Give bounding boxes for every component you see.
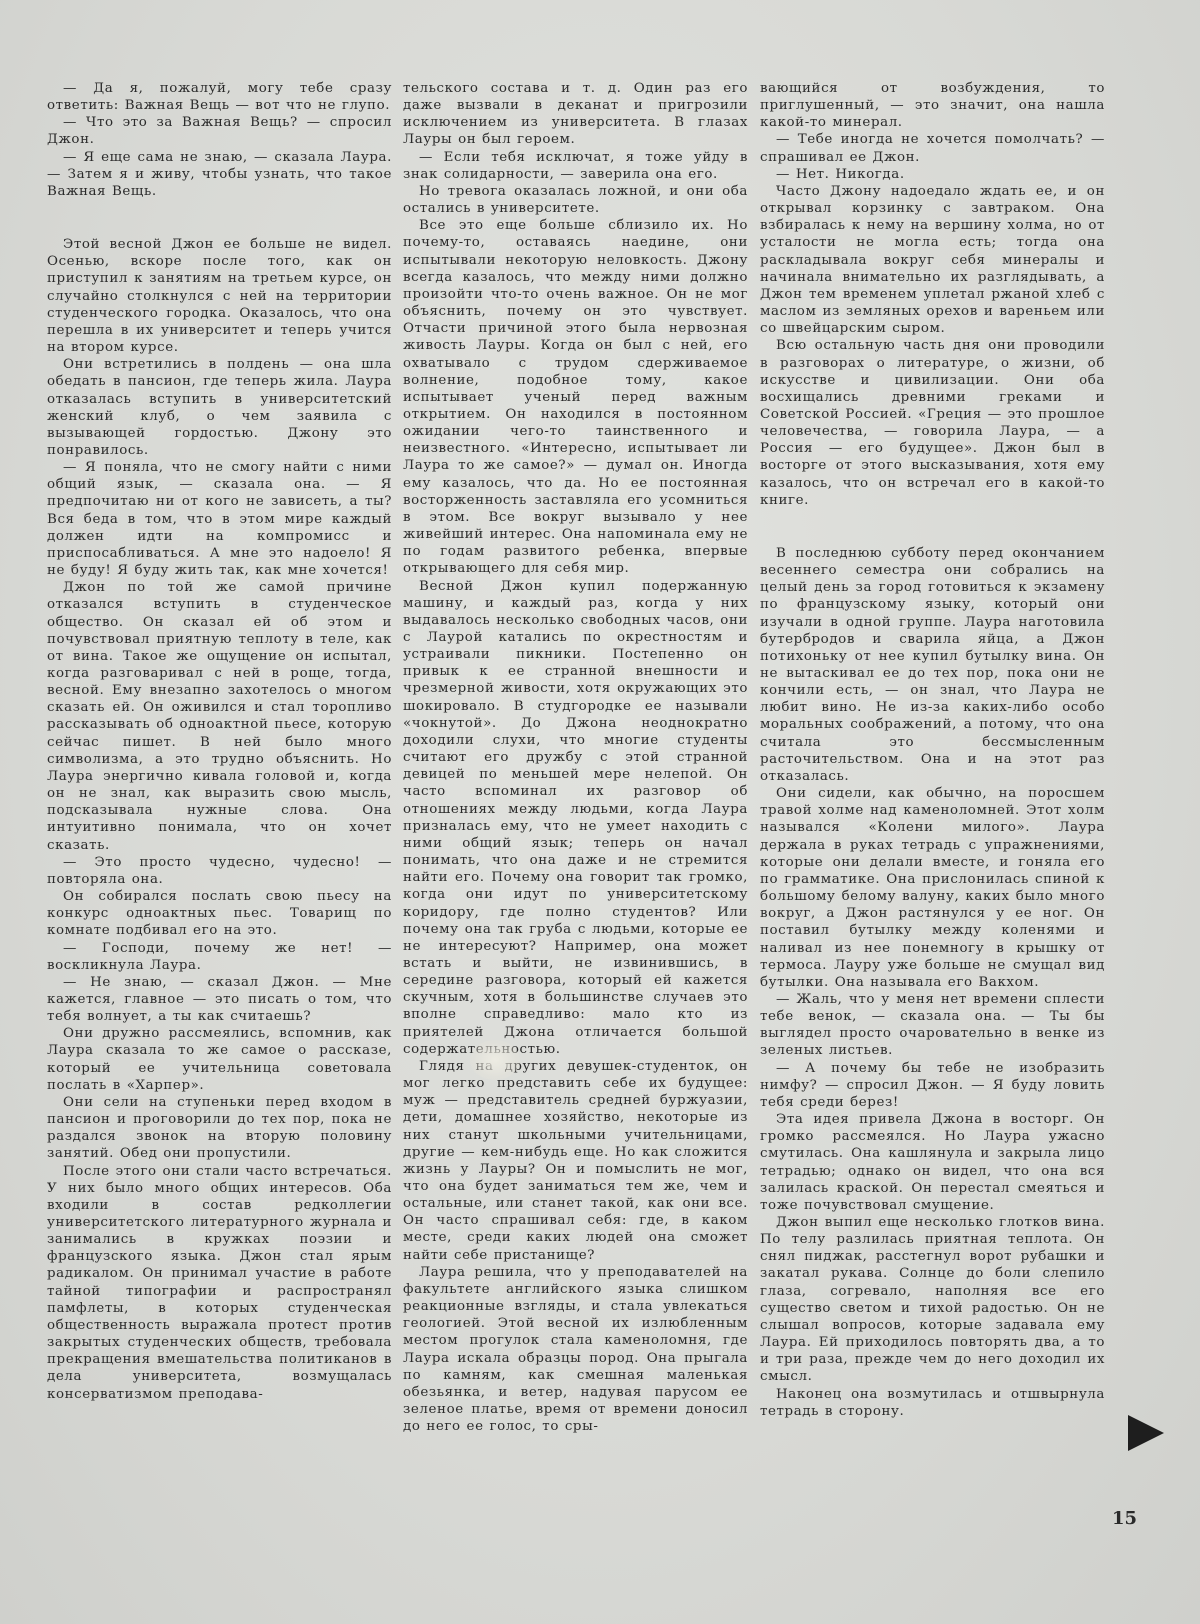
paragraph: — Жаль, что у меня нет времени сплести т… xyxy=(760,991,1105,1060)
paragraph: — Господи, почему же нет! — воскликнула … xyxy=(47,940,392,974)
paragraph: Джон по той же самой причине отказался в… xyxy=(47,579,392,854)
paragraph: — Я поняла, что не смогу найти с ними об… xyxy=(47,459,392,579)
paragraph: вающийся от возбуждения, то приглушенный… xyxy=(760,80,1105,131)
paragraph: Но тревога оказалась ложной, и они оба о… xyxy=(403,183,748,217)
paragraph: — Тебе иногда не хочется помолчать? — сп… xyxy=(760,131,1105,165)
paragraph: Они сели на ступеньки перед входом в пан… xyxy=(47,1094,392,1163)
text-column-middle: тельского состава и т. д. Один раз его д… xyxy=(403,80,748,1435)
text-column-right: вающийся от возбуждения, то приглушенный… xyxy=(760,80,1105,1420)
paragraph: Лаура решила, что у преподавателей на фа… xyxy=(403,1264,748,1436)
page-number: 15 xyxy=(1112,1508,1137,1529)
paragraph: Все это еще больше сблизило их. Но почем… xyxy=(403,217,748,577)
text-column-left: — Да я, пожалуй, могу тебе сразу ответит… xyxy=(47,80,392,1403)
paragraph: Всю остальную часть дня они проводили в … xyxy=(760,337,1105,509)
paragraph: Джон выпил еще несколько глотков вина. П… xyxy=(760,1214,1105,1386)
paragraph: Они встретились в полдень — она шла обед… xyxy=(47,356,392,459)
paragraph: — Это просто чудесно, чудесно! — повторя… xyxy=(47,854,392,888)
paragraph: — Не знаю, — сказал Джон. — Мне кажется,… xyxy=(47,974,392,1025)
paragraph: После этого они стали часто встречаться.… xyxy=(47,1163,392,1403)
paragraph: тельского состава и т. д. Один раз его д… xyxy=(403,80,748,149)
paragraph: — Я еще сама не знаю, — сказала Лаура. —… xyxy=(47,149,392,200)
paragraph: Он собирался послать свою пьесу на конку… xyxy=(47,888,392,939)
paragraph: Этой весной Джон ее больше не видел. Осе… xyxy=(47,236,392,356)
continue-arrow-icon xyxy=(1128,1415,1164,1451)
paragraph: — А почему бы тебе не изобразить нимфу? … xyxy=(760,1060,1105,1111)
paragraph: — Да я, пожалуй, могу тебе сразу ответит… xyxy=(47,80,392,114)
paragraph: Они дружно рассмеялись, вспомнив, как Ла… xyxy=(47,1025,392,1094)
paragraph: Часто Джону надоедало ждать ее, и он отк… xyxy=(760,183,1105,337)
paragraph: Эта идея привела Джона в восторг. Он гро… xyxy=(760,1111,1105,1214)
paragraph: — Нет. Никогда. xyxy=(760,166,1105,183)
magazine-page: — Да я, пожалуй, могу тебе сразу ответит… xyxy=(0,0,1200,1624)
paragraph: В последнюю субботу перед окончанием вес… xyxy=(760,545,1105,785)
paragraph: Глядя на других девушек-студенток, он мо… xyxy=(403,1058,748,1264)
paragraph: Наконец она возмутилась и отшвырнула тет… xyxy=(760,1386,1105,1420)
paragraph: Они сидели, как обычно, на поросшем трав… xyxy=(760,785,1105,991)
paragraph: Весной Джон купил подержанную машину, и … xyxy=(403,578,748,1058)
paragraph: — Что это за Важная Вещь? — спросил Джон… xyxy=(47,114,392,148)
paragraph: — Если тебя исключат, я тоже уйду в знак… xyxy=(403,149,748,183)
